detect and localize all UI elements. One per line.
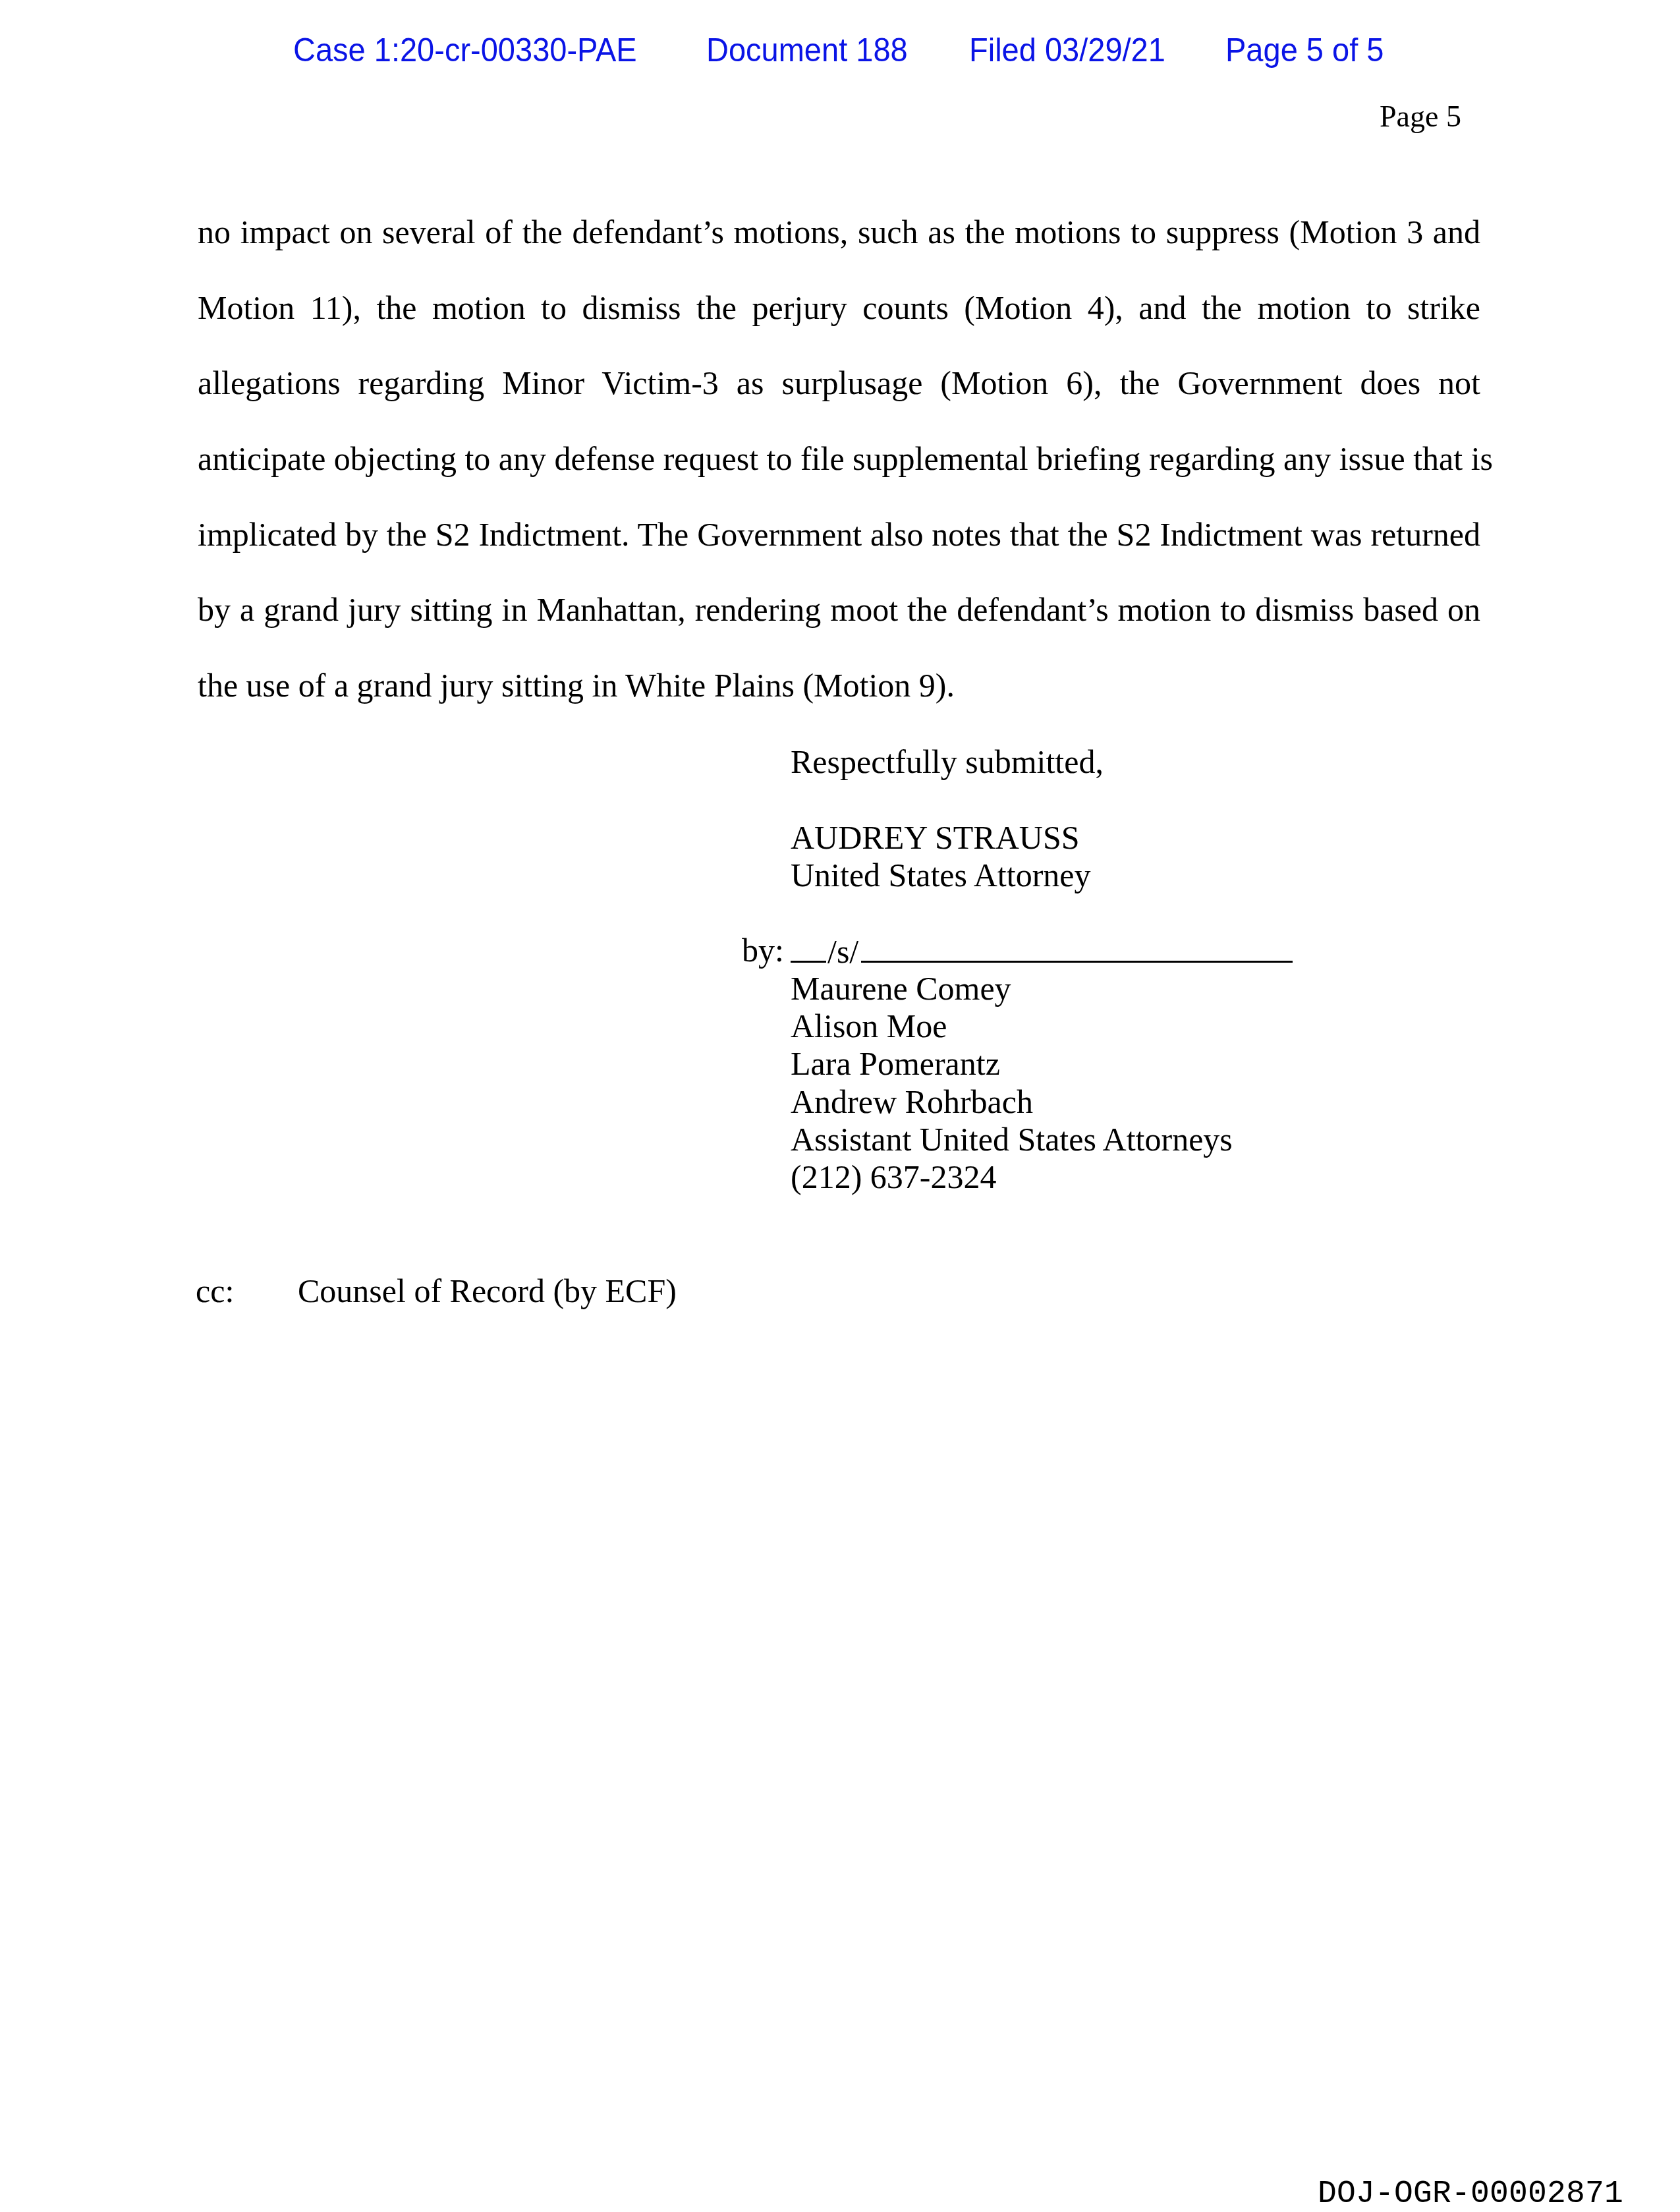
body-line: no impact on several of the defendant’s … — [198, 194, 1480, 270]
cc-line: cc: Counsel of Record (by ECF) — [196, 1272, 234, 1310]
cc-label: cc: — [196, 1272, 234, 1309]
bates-number: DOJ-OGR-00002871 — [1318, 2178, 1623, 2210]
signer-name: Andrew Rohrbach — [791, 1083, 1515, 1121]
signature-underline — [861, 932, 1293, 963]
body-paragraph: no impact on several of the defendant’s … — [198, 194, 1480, 723]
us-attorney-name: AUDREY STRAUSS — [791, 819, 1515, 857]
body-line: allegations regarding Minor Victim-3 as … — [198, 345, 1480, 421]
contact-phone: (212) 637-2324 — [791, 1158, 1515, 1196]
body-line: implicated by the S2 Indictment. The Gov… — [198, 497, 1480, 573]
signer-name: Maurene Comey — [791, 970, 1515, 1007]
body-line: Motion 11), the motion to dismiss the pe… — [198, 270, 1480, 346]
body-line: by a grand jury sitting in Manhattan, re… — [198, 572, 1480, 648]
cc-recipient: Counsel of Record (by ECF) — [298, 1272, 677, 1310]
closing: Respectfully submitted, — [791, 743, 1515, 781]
us-attorney-title: United States Attorney — [791, 857, 1515, 894]
body-line: anticipate objecting to any defense requ… — [198, 421, 1480, 497]
signer-name: Alison Moe — [791, 1007, 1515, 1045]
signature-block: Respectfully submitted, AUDREY STRAUSS U… — [791, 743, 1515, 1197]
signer-name: Lara Pomerantz — [791, 1045, 1515, 1083]
page-number: Page 5 — [1380, 101, 1461, 132]
signature-underline — [791, 932, 826, 963]
signature-line: by:/s/ — [791, 932, 1515, 969]
signers-title: Assistant United States Attorneys — [791, 1121, 1515, 1158]
ecf-document-number: Document 188 — [706, 32, 908, 69]
ecf-filed-date: Filed 03/29/21 — [969, 32, 1165, 69]
ecf-page-count: Page 5 of 5 — [1225, 32, 1384, 69]
body-line: the use of a grand jury sitting in White… — [198, 648, 1480, 723]
signature-mark: /s/ — [827, 933, 858, 970]
by-label: by: — [742, 932, 784, 969]
ecf-case-number: Case 1:20-cr-00330-PAE — [293, 32, 637, 69]
document-page: Case 1:20-cr-00330-PAE Document 188 File… — [0, 0, 1680, 2212]
